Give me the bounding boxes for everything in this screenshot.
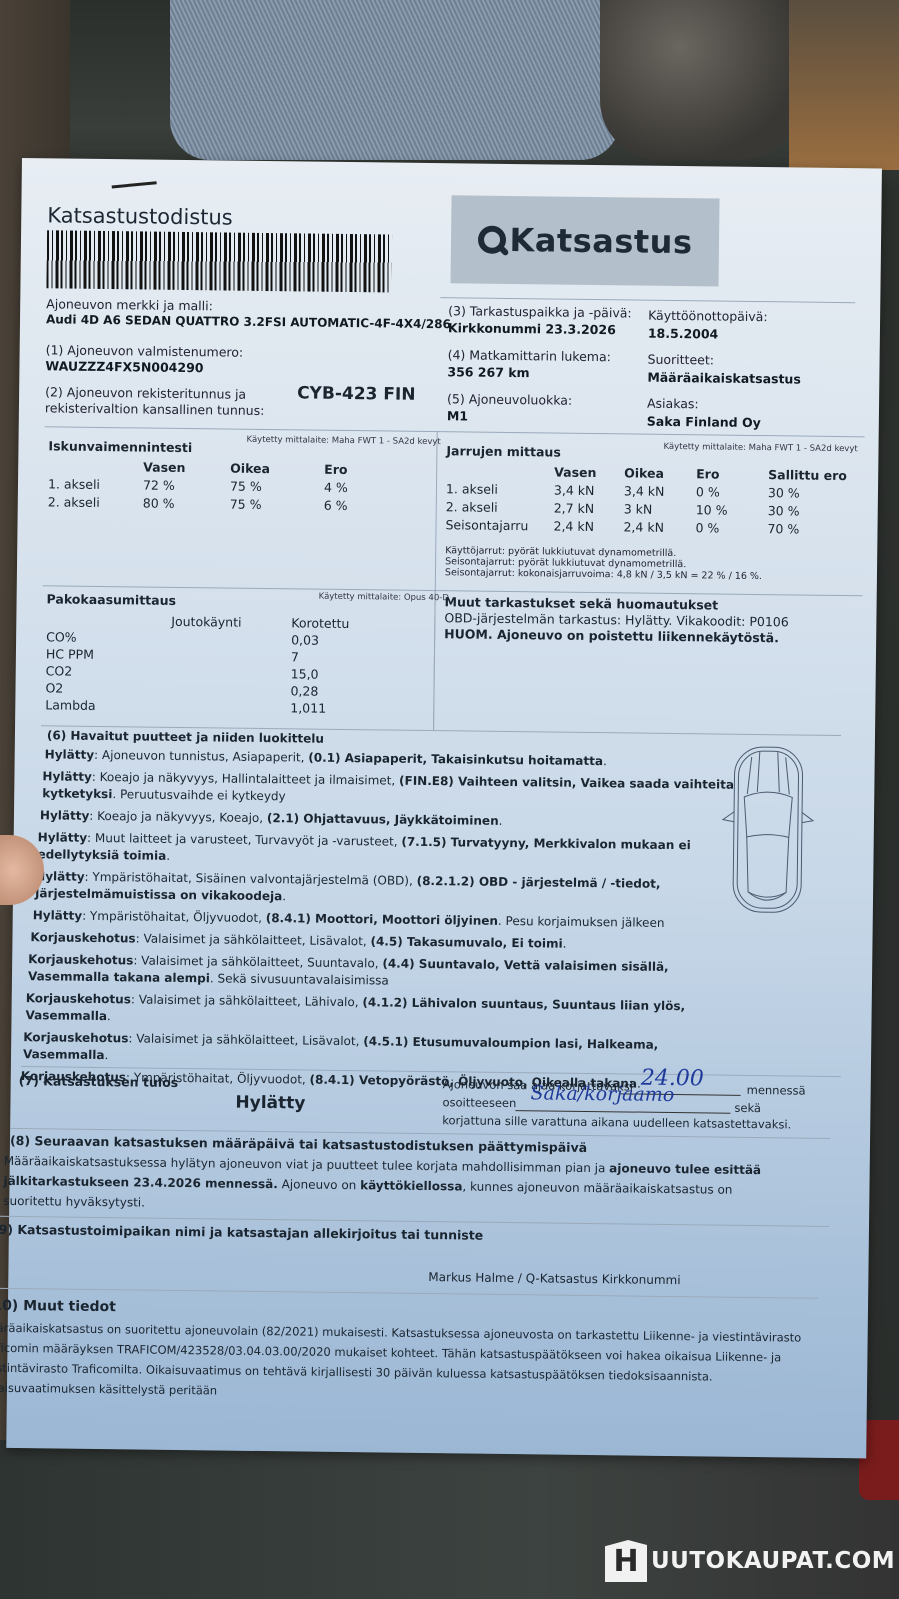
table-cell: 2. akseli xyxy=(48,494,100,510)
other-checks-note: HUOM. Ajoneuvo on poistettu liikennekäyt… xyxy=(444,626,779,645)
table-cell: 0,03 xyxy=(291,632,319,647)
table-cell: 30 % xyxy=(768,485,800,500)
defect-text: . Sekä sivusuuntavalaisimissa xyxy=(210,971,389,987)
result-value: Hylätty xyxy=(235,1093,305,1114)
defect-text: . xyxy=(166,849,170,863)
table-cell: 70 % xyxy=(767,521,799,536)
defect-text: . xyxy=(499,814,503,828)
defect-text: Hylätty xyxy=(38,830,88,845)
defect-text: Korjauskehotus xyxy=(26,991,131,1006)
table-cell: 7 xyxy=(291,649,299,664)
pen-mark xyxy=(112,181,157,188)
defect-text: Hylätty xyxy=(40,808,90,823)
defect-text: Korjauskehotus xyxy=(28,952,133,967)
text: Määräaikaiskatsastuksessa hylätyn ajoneu… xyxy=(4,1154,610,1175)
result-title: (7) Katsastuksen tulos xyxy=(19,1073,179,1090)
background-gear-knob xyxy=(600,0,800,160)
background-right xyxy=(789,0,899,170)
defect-text: Korjauskehotus xyxy=(23,1030,128,1045)
table-cell: 72 % xyxy=(143,478,175,493)
table-header: Vasen xyxy=(554,465,596,481)
table-cell: HC PPM xyxy=(46,646,94,662)
class-value: M1 xyxy=(447,408,468,423)
table-cell: 1. akseli xyxy=(446,481,498,497)
table-cell: 2. akseli xyxy=(446,499,498,515)
defect-text: (4.5) Takasumuvalo, Ei toimi xyxy=(370,934,562,950)
exhaust-test-table: JoutokäyntiKorotettuCO%0,03HC PPM7CO215,… xyxy=(46,612,426,617)
defect-text: (2.1) Ohjattavuus, Jäykkätoiminen xyxy=(267,811,499,828)
table-cell: 0 % xyxy=(696,484,720,499)
place-label: (3) Tarkastuspaikka ja -päivä: xyxy=(448,303,632,320)
defect-text: . xyxy=(104,1048,108,1062)
defect-text: : Ympäristöhaitat, Sisäinen valvontajärj… xyxy=(85,870,417,888)
table-cell: 3 kN xyxy=(624,501,653,516)
vin-label: (1) Ajoneuvon valmistenumero: xyxy=(46,342,244,359)
table-cell: 1. akseli xyxy=(48,476,100,492)
table-cell: 3,4 kN xyxy=(554,483,595,498)
table-cell: 1,011 xyxy=(290,700,326,715)
reg-label-1: (2) Ajoneuvon rekisteritunnus ja xyxy=(45,384,246,401)
barcode xyxy=(46,230,392,292)
defect-item: Hylätty: Ympäristöhaitat, Öljyvuodot, (8… xyxy=(33,907,733,933)
defect-text: . Pesu korjaimuksen jälkeen xyxy=(498,914,665,930)
first-use-value: 18.5.2004 xyxy=(648,326,719,342)
document-title: Katsastustodistus xyxy=(47,203,233,229)
inspector-name: Markus Halme / Q-Katsastus Kirkkonummi xyxy=(428,1270,680,1287)
table-header: Sallittu ero xyxy=(768,467,847,483)
table-cell: Seisontajarru xyxy=(445,517,528,533)
defect-item: Hylätty: Muut laitteet ja varusteet, Tur… xyxy=(37,829,733,872)
text-bold: käyttökiellossa xyxy=(360,1178,463,1193)
performed-value: Määräaikaiskatsastus xyxy=(647,370,801,387)
defect-text: . xyxy=(282,889,286,903)
watermark: H UUTOKAUPAT.COM xyxy=(605,1540,895,1582)
table-cell: 30 % xyxy=(768,503,800,518)
table-header: Oikea xyxy=(624,465,664,480)
make-model-label: Ajoneuvon merkki ja malli: xyxy=(46,296,213,313)
defect-item: Korjauskehotus: Valaisimet ja sähkölaitt… xyxy=(25,990,731,1033)
exhaust-test-device: Käytetty mittalaite: Opus 40-D xyxy=(319,592,449,604)
defect-text: . xyxy=(563,937,567,951)
defect-text: . xyxy=(107,1009,111,1023)
table-header: Ero xyxy=(324,462,347,477)
defect-text: : Koeajo ja näkyvyys, Koeajo, xyxy=(89,809,267,825)
address-label: osoitteeseen xyxy=(442,1095,516,1110)
shock-test-device: Käytetty mittalaite: Maha FWT 1 - SA2d k… xyxy=(247,435,441,447)
shock-test-table: VasenOikeaEro1. akseli72 %75 %4 %2. akse… xyxy=(48,458,428,463)
table-cell: 6 % xyxy=(324,498,348,513)
divider xyxy=(0,1288,818,1299)
brake-test-title: Jarrujen mittaus xyxy=(446,443,561,459)
background-jeans xyxy=(170,0,620,160)
first-use-label: Käyttöönottopäivä: xyxy=(648,308,768,324)
fill-line xyxy=(515,1110,730,1114)
table-cell: 0 % xyxy=(695,520,719,535)
logo-text: Katsastus xyxy=(509,221,692,261)
defect-text: : Koeajo ja näkyvyys, Hallintalaitteet j… xyxy=(92,770,399,788)
defects-title: (6) Havaitut puutteet ja niiden luokitte… xyxy=(47,728,324,745)
defect-text: Hylätty xyxy=(42,769,92,784)
shock-test-title: Iskunvaimennintesti xyxy=(48,438,192,455)
defect-text: : Valaisimet ja sähkölaitteet, Lisävalot… xyxy=(128,1031,363,1048)
defect-item: Korjauskehotus: Valaisimet ja sähkölaitt… xyxy=(28,951,732,994)
address-suffix: sekä xyxy=(734,1101,761,1115)
defects-list: Hylätty: Ajoneuvon tunnistus, Asiapaperi… xyxy=(41,746,735,1098)
box-logo-icon: H xyxy=(605,1540,647,1582)
defect-text: : Valaisimet ja sähkölaitteet, Lähivalo, xyxy=(131,992,363,1009)
defect-text: Hylätty xyxy=(33,908,83,923)
table-cell: 3,4 kN xyxy=(624,483,665,498)
defect-text: . Peruutusvaihde ei kytkeydy xyxy=(112,787,285,803)
table-header: Ero xyxy=(696,466,719,481)
brake-notes: Käyttöjarrut: pyörät lukkiutuvat dynamom… xyxy=(445,545,762,582)
defect-text: (0.1) Asiapaperit, Takaisinkutsu hoitama… xyxy=(308,751,603,769)
table-cell: 0,28 xyxy=(290,683,318,698)
inspection-certificate: Katsastustodistus Katsastus Ajoneuvon me… xyxy=(6,158,882,1458)
table-header: Oikea xyxy=(230,461,270,476)
customer-label: Asiakas: xyxy=(647,396,699,412)
reg-label-2: rekisterivaltion kansallinen tunnus: xyxy=(45,400,265,418)
table-cell: O2 xyxy=(45,680,63,695)
exhaust-test-title: Pakokaasumittaus xyxy=(47,591,177,608)
divider-vertical xyxy=(433,590,436,730)
drive-text-3: korjattuna sille varattuna aikana uudell… xyxy=(442,1113,791,1131)
defect-item: Korjauskehotus: Valaisimet ja sähkölaitt… xyxy=(23,1029,731,1072)
table-cell: 75 % xyxy=(230,497,262,512)
defect-text: : Muut laitteet ja varusteet, Turvavyöt … xyxy=(87,831,401,849)
defect-text: Hylätty xyxy=(45,747,95,762)
defect-text: (8.4.1) Moottori, Moottori öljyinen xyxy=(266,911,498,928)
drive-text-2: mennessä xyxy=(747,1083,806,1098)
divider xyxy=(440,297,855,303)
other-info-title: (10) Muut tiedot xyxy=(0,1298,116,1316)
defect-item: Hylätty: Ajoneuvon tunnistus, Asiapaperi… xyxy=(45,746,735,771)
table-cell: CO% xyxy=(46,629,77,644)
table-header: Vasen xyxy=(143,460,185,476)
table-cell: Lambda xyxy=(45,697,96,713)
next-inspection-text: Määräaikaiskatsastuksessa hylätyn ajoneu… xyxy=(3,1151,794,1221)
car-diagram-icon xyxy=(718,742,820,918)
defect-item: Hylätty: Ympäristöhaitat, Sisäinen valvo… xyxy=(35,868,733,911)
defect-text: Korjauskehotus xyxy=(30,930,135,945)
table-cell: 15,0 xyxy=(291,666,319,681)
brake-test-device: Käytetty mittalaite: Maha FWT 1 - SA2d k… xyxy=(663,442,857,454)
defect-item: Hylätty: Koeajo ja näkyvyys, Koeajo, (2.… xyxy=(40,807,734,832)
defect-text: : Ajoneuvon tunnistus, Asiapaperit, xyxy=(94,748,308,765)
table-cell: 10 % xyxy=(696,502,728,517)
performed-label: Suoritteet: xyxy=(647,352,714,368)
table-cell: 80 % xyxy=(143,496,175,511)
table-cell: 2,7 kN xyxy=(554,501,595,516)
table-cell: 2,4 kN xyxy=(623,519,664,534)
defect-text: . xyxy=(603,754,607,768)
registration-number: CYB-423 FIN xyxy=(297,383,416,404)
q-magnifier-icon xyxy=(477,226,505,254)
handwritten-address: Saka/korjaamo xyxy=(530,1082,674,1106)
defect-text: : Valaisimet ja sähkölaitteet, Suuntaval… xyxy=(133,953,382,970)
customer-value: Saka Finland Oy xyxy=(647,414,761,430)
table-cell: CO2 xyxy=(46,663,73,678)
odometer-label: (4) Matkamittarin lukema: xyxy=(448,347,611,364)
defect-item: Hylätty: Koeajo ja näkyvyys, Hallintalai… xyxy=(42,768,734,810)
class-label: (5) Ajoneuvoluokka: xyxy=(447,391,572,408)
text: Ajoneuvo on xyxy=(278,1177,360,1192)
defect-text: : Ympäristöhaitat, Öljyvuodot, xyxy=(82,909,266,925)
table-cell: 4 % xyxy=(324,480,348,495)
table-cell: 2,4 kN xyxy=(553,519,594,534)
signature-title: (9) Katsastustoimipaikan nimi ja katsast… xyxy=(0,1222,483,1243)
other-info-text: Määräaikaiskatsastus on suoritettu ajone… xyxy=(0,1318,820,1408)
table-cell: 75 % xyxy=(230,479,262,494)
defect-item: Korjauskehotus: Valaisimet ja sähkölaitt… xyxy=(30,929,732,955)
watermark-text: UUTOKAUPAT.COM xyxy=(651,1548,895,1574)
make-model-value: Audi 4D A6 SEDAN QUATTRO 3.2FSI AUTOMATI… xyxy=(46,312,451,331)
table-header: Joutokäynti xyxy=(171,614,241,630)
vin-value: WAUZZZ4FX5N004290 xyxy=(45,358,203,375)
place-value: Kirkkonummi 23.3.2026 xyxy=(448,320,616,337)
table-header: Korotettu xyxy=(291,615,349,631)
odometer-value: 356 267 km xyxy=(447,364,529,380)
brand-logo: Katsastus xyxy=(451,195,720,286)
brake-test-table: VasenOikeaEroSallittu ero1. akseli3,4 kN… xyxy=(446,463,861,468)
defect-text: : Valaisimet ja sähkölaitteet, Lisävalot… xyxy=(136,931,371,948)
